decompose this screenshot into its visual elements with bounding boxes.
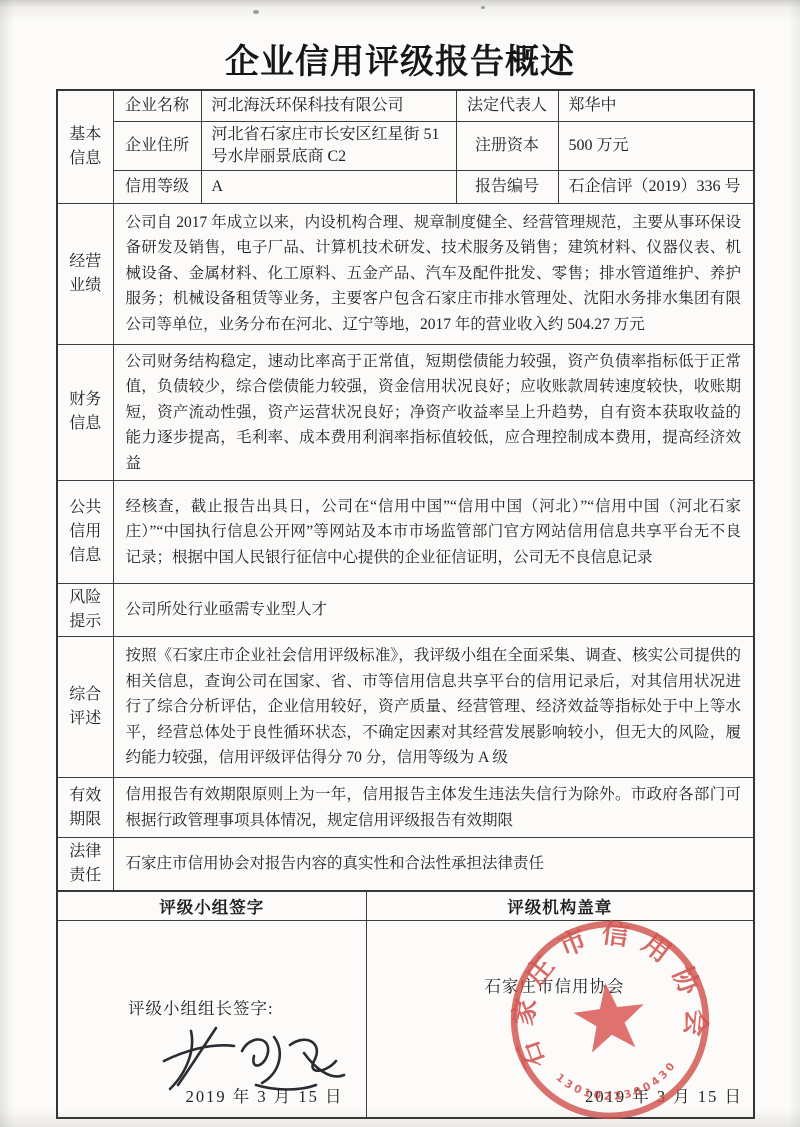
section-row-public-credit-info: 公共信用信息 经核查，截止报告出具日，公司在“信用中国”“信用中国（河北）”“信… (57, 481, 754, 584)
scan-speck (481, 6, 485, 9)
section-label-business-performance: 经营业绩 (57, 203, 113, 344)
signature-stamp-table: 评级小组签字 评级机构盖章 评级小组组长签字: (56, 891, 755, 1119)
section-row-overall-review: 综合评述 按照《石家庄市企业社会信用评级标准》，我评级小组在全面采集、调查、核实… (57, 637, 754, 778)
section-label-risk-warning: 风险提示 (57, 584, 113, 637)
scanned-report-page: 企业信用评级报告概述 基本信息 企业名称 河北海沃环保科技有限公司 法定代表人 … (0, 0, 800, 1127)
section-text-legal-liability: 石家庄市信用协会对报告内容的真实性和合法性承担法律责任 (113, 838, 754, 892)
agency-stamp-date: 2019 年 3 月 15 日 (585, 1083, 743, 1107)
field-value-registered-capital: 500 万元 (558, 121, 754, 170)
footer-body-row: 评级小组组长签字: (57, 921, 754, 1118)
section-text-financial-info: 公司财务结构稳定，速动比率高于正常值，短期偿债能力较强，资产负债率指标低于正常值… (113, 344, 754, 481)
field-label-company-address: 企业住所 (113, 121, 201, 170)
team-signature-date: 2019 年 3 月 15 日 (186, 1083, 344, 1107)
basic-info-row-2: 企业住所 河北省石家庄市长安区红星街 51 号水岸丽景底商 C2 注册资本 50… (57, 121, 754, 170)
section-label-validity-period: 有效期限 (57, 778, 113, 838)
footer-header-row: 评级小组签字 评级机构盖章 (57, 892, 754, 921)
section-label-financial-info: 财务信息 (57, 344, 113, 481)
section-row-validity-period: 有效期限 信用报告有效期限原则上为一年，信用报告主体发生违法失信行为除外。市政府… (57, 778, 754, 838)
field-value-company-address: 河北省石家庄市长安区红星街 51 号水岸丽景底商 C2 (201, 121, 456, 170)
header-rating-agency-stamp: 评级机构盖章 (366, 892, 754, 921)
section-row-risk-warning: 风险提示 公司所处行业亟需专业型人才 (57, 584, 754, 637)
page-title: 企业信用评级报告概述 (0, 34, 800, 83)
rating-agency-stamp-cell: 石家庄市信用协会 石家庄市信用协会 (366, 921, 754, 1118)
agency-name-text: 石家庄市信用协会 (485, 973, 625, 997)
section-text-risk-warning: 公司所处行业亟需专业型人才 (113, 584, 754, 637)
section-text-overall-review: 按照《石家庄市企业社会信用评级标准》，我评级小组在全面采集、调查、核实公司提供的… (113, 637, 754, 778)
section-text-public-credit-info: 经核查，截止报告出具日，公司在“信用中国”“信用中国（河北）”“信用中国（河北石… (113, 481, 754, 584)
field-label-registered-capital: 注册资本 (456, 121, 558, 170)
field-label-credit-grade: 信用等级 (113, 170, 201, 203)
field-value-legal-representative: 郑华中 (558, 90, 754, 121)
section-label-overall-review: 综合评述 (57, 637, 113, 778)
basic-info-row-3: 信用等级 A 报告编号 石企信评（2019）336 号 (57, 170, 754, 203)
team-leader-sign-label: 评级小组组长签字: (128, 995, 274, 1019)
field-label-company-name: 企业名称 (113, 90, 201, 121)
field-value-credit-grade: A (201, 170, 456, 203)
section-label-public-credit-info: 公共信用信息 (57, 481, 113, 584)
field-value-report-number: 石企信评（2019）336 号 (558, 170, 754, 203)
section-row-legal-liability: 法律责任 石家庄市信用协会对报告内容的真实性和合法性承担法律责任 (57, 838, 754, 892)
report-table: 基本信息 企业名称 河北海沃环保科技有限公司 法定代表人 郑华中 企业住所 河北… (56, 89, 755, 892)
field-value-company-name: 河北海沃环保科技有限公司 (201, 90, 456, 121)
scan-speck (253, 10, 259, 14)
field-label-legal-representative: 法定代表人 (456, 90, 558, 121)
section-label-legal-liability: 法律责任 (57, 838, 113, 892)
header-rating-team-signature: 评级小组签字 (57, 892, 366, 921)
report-table-wrapper: 基本信息 企业名称 河北海沃环保科技有限公司 法定代表人 郑华中 企业住所 河北… (56, 89, 753, 1119)
section-row-financial-info: 财务信息 公司财务结构稳定，速动比率高于正常值，短期偿债能力较强，资产负债率指标… (57, 344, 754, 481)
section-row-business-performance: 经营业绩 公司自 2017 年成立以来，内设机构合理、规章制度健全、经营管理规范… (57, 203, 754, 344)
field-label-report-number: 报告编号 (456, 170, 558, 203)
rating-team-signature-cell: 评级小组组长签字: (57, 921, 366, 1118)
section-label-basic-info: 基本信息 (57, 90, 113, 203)
section-text-business-performance: 公司自 2017 年成立以来，内设机构合理、规章制度健全、经营管理规范，主要从事… (113, 203, 754, 344)
basic-info-row-1: 基本信息 企业名称 河北海沃环保科技有限公司 法定代表人 郑华中 (57, 90, 754, 121)
section-text-validity-period: 信用报告有效期限原则上为一年，信用报告主体发生违法失信行为除外。市政府各部门可根… (113, 778, 754, 838)
